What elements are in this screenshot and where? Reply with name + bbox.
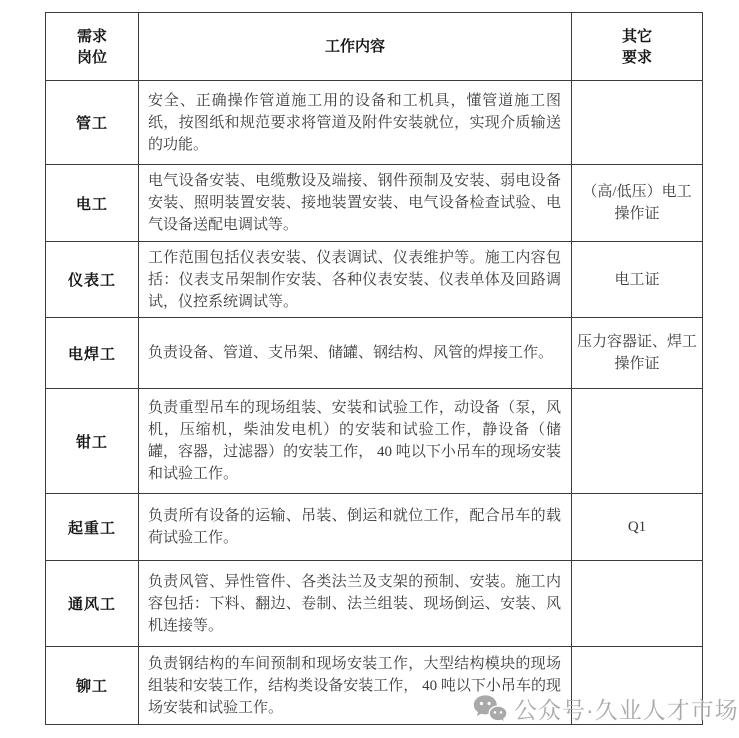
header-position: 需求 岗位 xyxy=(46,13,139,81)
work-description: 工作范围包括仪表安装、仪表调试、仪表维护等。施工内容包括：仪表支吊架制作安装、各… xyxy=(139,242,572,318)
page: { "table": { "header": { "position": "需求… xyxy=(0,0,739,738)
table-row: 通风工 负责风管、异性管件、各类法兰及支架的预制、安装。施工内容包括：下料、翻边… xyxy=(46,561,703,647)
position-label: 仪表工 xyxy=(46,242,139,318)
position-label: 钳工 xyxy=(46,389,139,494)
work-description: 安全、正确操作管道施工用的设备和工机具，懂管道施工图纸，按图纸和规范要求将管道及… xyxy=(139,81,572,165)
table-row: 起重工 负责所有设备的运输、吊装、倒运和就位工作，配合吊车的载荷试验工作。 Q1 xyxy=(46,494,703,561)
position-label: 电焊工 xyxy=(46,318,139,389)
work-description: 负责所有设备的运输、吊装、倒运和就位工作，配合吊车的载荷试验工作。 xyxy=(139,494,572,561)
other-requirement xyxy=(572,81,703,165)
other-requirement xyxy=(572,561,703,647)
table-row: 电焊工 负责设备、管道、支吊架、储罐、钢结构、风管的焊接工作。 压力容器证、焊工… xyxy=(46,318,703,389)
table-header-row: 需求 岗位 工作内容 其它 要求 xyxy=(46,13,703,81)
watermark: 公众号·久业人才市场 xyxy=(473,692,739,725)
position-label: 电工 xyxy=(46,165,139,242)
work-description: 负责重型吊车的现场组装、安装和试验工作，动设备（泵，风机，压缩机，柴油发电机）的… xyxy=(139,389,572,494)
table-row: 钳工 负责重型吊车的现场组装、安装和试验工作，动设备（泵，风机，压缩机，柴油发电… xyxy=(46,389,703,494)
wechat-icon xyxy=(473,694,507,724)
other-requirement: Q1 xyxy=(572,494,703,561)
table-row: 仪表工 工作范围包括仪表安装、仪表调试、仪表维护等。施工内容包括：仪表支吊架制作… xyxy=(46,242,703,318)
other-requirement xyxy=(572,389,703,494)
position-label: 通风工 xyxy=(46,561,139,647)
watermark-text: 公众号·久业人才市场 xyxy=(514,692,739,725)
position-label: 铆工 xyxy=(46,647,139,725)
position-label: 管工 xyxy=(46,81,139,165)
header-other: 其它 要求 xyxy=(572,13,703,81)
other-requirement: 电工证 xyxy=(572,242,703,318)
other-requirement: 压力容器证、焊工操作证 xyxy=(572,318,703,389)
requirements-table: 需求 岗位 工作内容 其它 要求 管工 安全、正确操作管道施工用的设备和工机具，… xyxy=(45,12,703,725)
table-row: 管工 安全、正确操作管道施工用的设备和工机具，懂管道施工图纸，按图纸和规范要求将… xyxy=(46,81,703,165)
work-description: 负责设备、管道、支吊架、储罐、钢结构、风管的焊接工作。 xyxy=(139,318,572,389)
header-work: 工作内容 xyxy=(139,13,572,81)
work-description: 负责风管、异性管件、各类法兰及支架的预制、安装。施工内容包括：下料、翻边、卷制、… xyxy=(139,561,572,647)
work-description: 电气设备安装、电缆敷设及端接、钢件预制及安装、弱电设备安装、照明装置安装、接地装… xyxy=(139,165,572,242)
table-row: 电工 电气设备安装、电缆敷设及端接、钢件预制及安装、弱电设备安装、照明装置安装、… xyxy=(46,165,703,242)
position-label: 起重工 xyxy=(46,494,139,561)
other-requirement: （高/低压）电工操作证 xyxy=(572,165,703,242)
